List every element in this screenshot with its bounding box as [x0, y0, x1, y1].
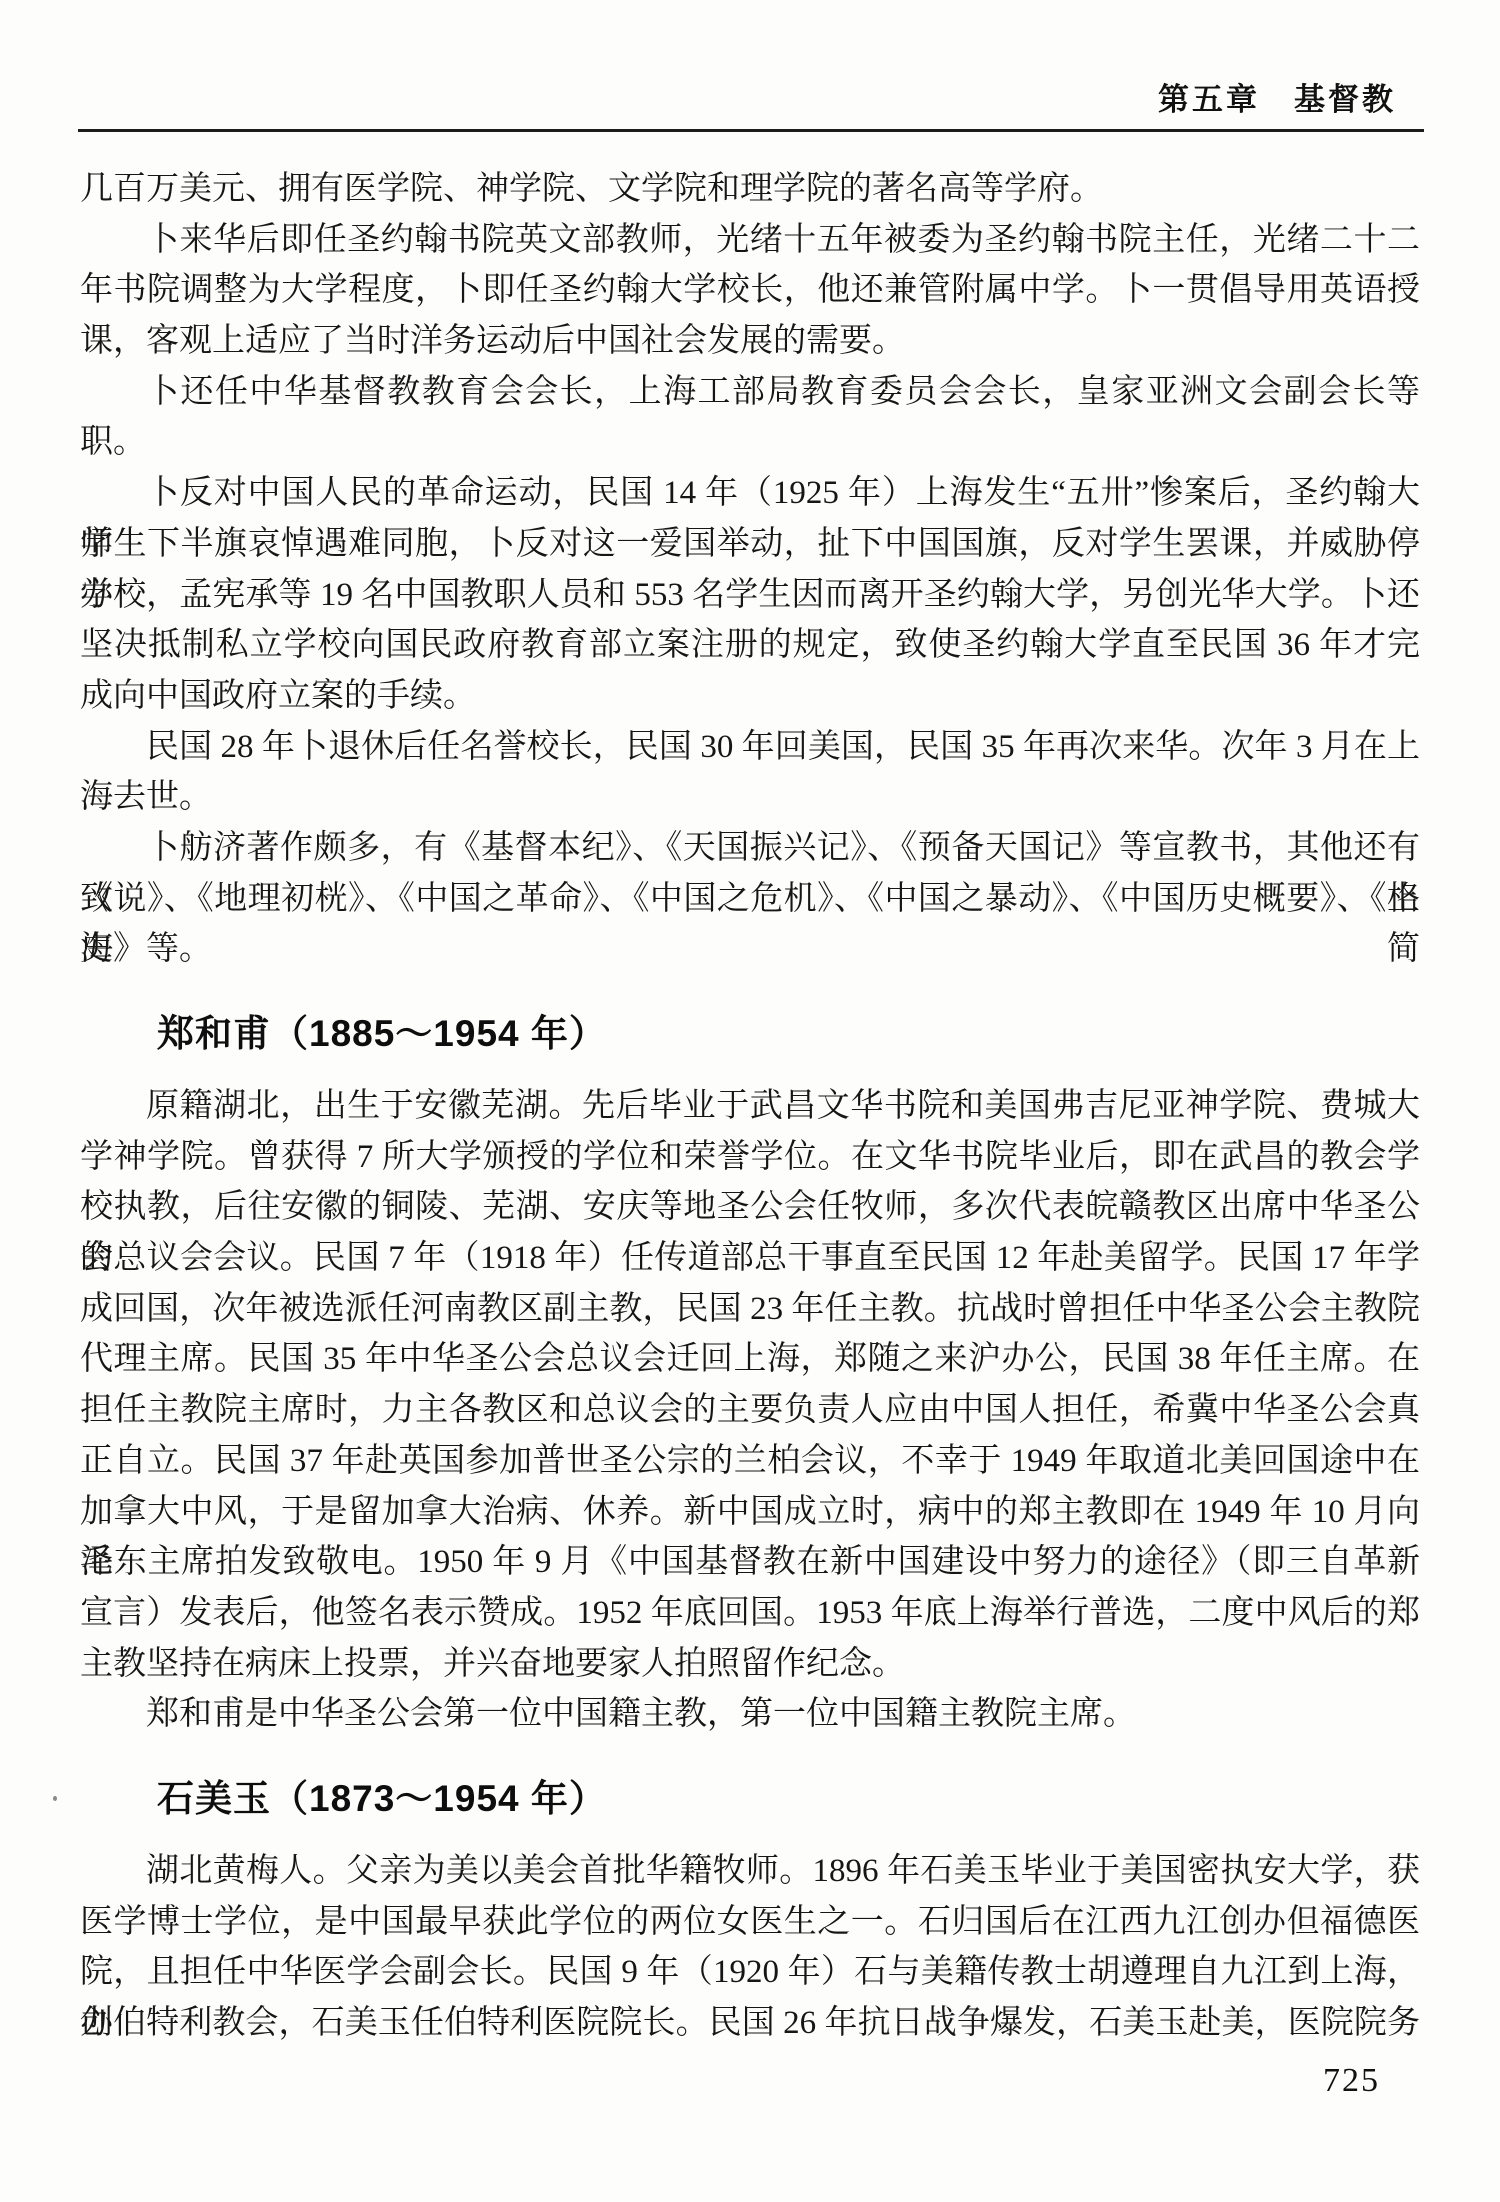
text-line: 师生下半旗哀悼遇难同胞，卜反对这一爱国举动，扯下中国国旗，反对学生罢课，并威胁停… — [80, 519, 1420, 570]
text-line: 几百万美元、拥有医学院、神学院、文学院和理学院的著名高等学府。 — [80, 164, 1420, 215]
text-line: 泽东主席拍发致敬电。1950 年 9 月《中国基督教在新中国建设中努力的途径》（… — [80, 1537, 1420, 1588]
text-line: 主教坚持在病床上投票，并兴奋地要家人拍照留作纪念。 — [80, 1639, 1420, 1690]
text-line: 卜来华后即任圣约翰书院英文部教师，光绪十五年被委为圣约翰书院主任，光绪二十二 — [80, 215, 1420, 266]
text-line: 湖北黄梅人。父亲为美以美会首批华籍牧师。1896 年石美玉毕业于美国密执安大学，… — [80, 1846, 1420, 1897]
text-line: 民国 28 年卜退休后任名誉校长，民国 30 年回美国，民国 35 年再次来华。… — [80, 722, 1420, 773]
text-line: 院，且担任中华医学会副会长。民国 9 年（1920 年）石与美籍传教士胡遵理自九… — [80, 1947, 1420, 1998]
scan-artifact-dot — [53, 1796, 57, 1801]
text-line: 校执教，后往安徽的铜陵、芜湖、安庆等地圣公会任牧师，多次代表皖赣教区出席中华圣公… — [80, 1182, 1420, 1233]
text-line: 坚决抵制私立学校向国民政府教育部立案注册的规定，致使圣约翰大学直至民国 36 年… — [80, 620, 1420, 671]
chapter-title: 第五章 基督教 — [1158, 82, 1396, 117]
text-line: 卜还任中华基督教教育会会长，上海工部局教育委员会会长，皇家亚洲文会副会长等 — [80, 367, 1420, 418]
text-line: 医学博士学位，是中国最早获此学位的两位女医生之一。石归国后在江西九江创办但福德医 — [80, 1897, 1420, 1948]
page-header: 第五章 基督教 — [80, 74, 1396, 119]
page-number: 725 — [1323, 2062, 1380, 2099]
text-line: 代理主席。民国 35 年中华圣公会总议会迁回上海，郑随之来沪办公，民国 38 年… — [80, 1334, 1420, 1385]
text-line: 学校，孟宪承等 19 名中国教职人员和 553 名学生因而离开圣约翰大学，另创光… — [80, 570, 1420, 621]
text-line: 学神学院。曾获得 7 所大学颁授的学位和荣誉学位。在文华书院毕业后，即在武昌的教… — [80, 1132, 1420, 1183]
text-line: 卜舫济著作颇多，有《基督本纪》、《天国振兴记》、《预备天国记》等宣教书，其他还有… — [80, 823, 1420, 874]
text-line: 办伯特利教会，石美玉任伯特利医院院长。民国 26 年抗日战争爆发，石美玉赴美，医… — [80, 1998, 1420, 2049]
section-heading: 石美玉（1873～1954 年） — [157, 1774, 1420, 1824]
text-line: 卜反对中国人民的革命运动，民国 14 年（1925 年）上海发生“五卅”惨案后，… — [80, 468, 1420, 519]
text-line: 正自立。民国 37 年赴英国参加普世圣公宗的兰柏会议，不幸于 1949 年取道北… — [80, 1436, 1420, 1487]
text-line: 担任主教院主席时，力主各教区和总议会的主要负责人应由中国人担任，希冀中华圣公会真 — [80, 1385, 1420, 1436]
page-body: 几百万美元、拥有医学院、神学院、文学院和理学院的著名高等学府。 卜来华后即任圣约… — [80, 164, 1420, 2049]
text-line: 宣言）发表后，他签名表示赞成。1952 年底回国。1953 年底上海举行普选，二… — [80, 1588, 1420, 1639]
text-line: 原籍湖北，出生于安徽芜湖。先后毕业于武昌文华书院和美国弗吉尼亚神学院、费城大 — [80, 1081, 1420, 1132]
text-line: 年书院调整为大学程度，卜即任圣约翰大学校长，他还兼管附属中学。卜一贯倡导用英语授 — [80, 265, 1420, 316]
text-line: 成回国，次年被选派任河南教区副主教，民国 23 年任主教。抗战时曾担任中华圣公会… — [80, 1284, 1420, 1335]
page-footer: 725 — [80, 2062, 1380, 2100]
text-line: 加拿大中风，于是留加拿大治病、休养。新中国成立时，病中的郑主教即在 1949 年… — [80, 1487, 1420, 1538]
header-rule — [78, 129, 1424, 132]
text-line: 海去世。 — [80, 772, 1420, 823]
text-line: 郑和甫是中华圣公会第一位中国籍主教，第一位中国籍主教院主席。 — [80, 1689, 1420, 1740]
text-line: 成向中国政府立案的手续。 — [80, 671, 1420, 722]
text-line: 课，客观上适应了当时洋务运动后中国社会发展的需要。 — [80, 316, 1420, 367]
text-line: 职。 — [80, 417, 1420, 468]
section-heading: 郑和甫（1885～1954 年） — [157, 1009, 1420, 1059]
text-line: 的总议会会议。民国 7 年（1918 年）任传道部总干事直至民国 12 年赴美留… — [80, 1233, 1420, 1284]
document-page: 第五章 基督教 几百万美元、拥有医学院、神学院、文学院和理学院的著名高等学府。 … — [0, 0, 1500, 2202]
text-line: 致说》、《地理初桄》、《中国之革命》、《中国之危机》、《中国之暴动》、《中国历史… — [80, 874, 1420, 925]
